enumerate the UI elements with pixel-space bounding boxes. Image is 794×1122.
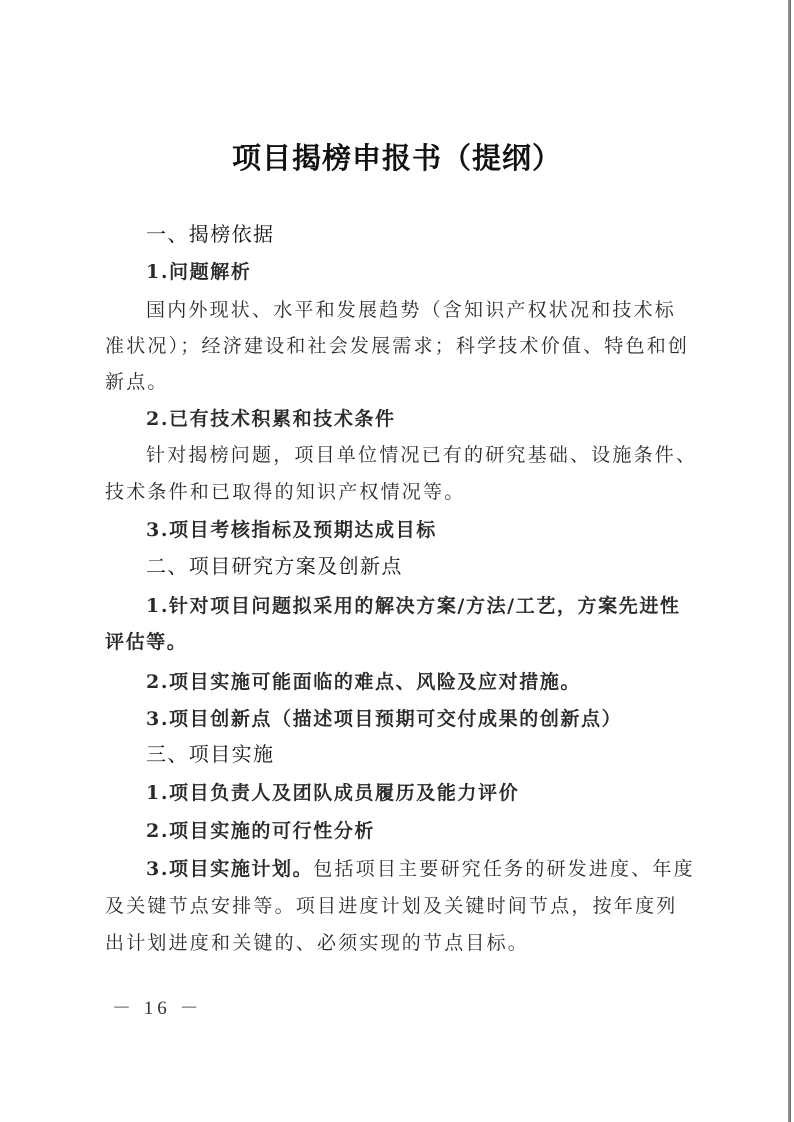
implementation-plan-line-1: 3.项目实施计划。包括项目主要研究任务的研发进度、年度 [146, 857, 695, 881]
implementation-plan-line-2: 及关键节点安排等。项目进度计划及关键时间节点，按年度列 [105, 894, 677, 918]
page-number: － 16 － [112, 993, 203, 1020]
document-page: 项目揭榜申报书（提纲） 一、揭榜依据 1.问题解析 国内外现状、水平和发展趋势（… [0, 0, 794, 1122]
item-innovation-points: 3.项目创新点（描述项目预期可交付成果的创新点） [146, 707, 622, 731]
problem-analysis-line-2: 准状况）；经济建设和社会发展需求；科学技术价值、特色和创 [105, 334, 689, 358]
existing-tech-line-1: 针对揭榜问题，项目单位情况已有的研究基础、设施条件、 [146, 443, 697, 467]
item-implementation-plan: 3.项目实施计划。 [146, 858, 313, 880]
problem-analysis-line-1: 国内外现状、水平和发展趋势（含知识产权状况和技术标 [146, 298, 676, 322]
item-solution-line-1: 1.针对项目问题拟采用的解决方案/方法/工艺，方案先进性 [146, 594, 681, 618]
implementation-plan-line-3: 出计划进度和关键的、必须实现的节点目标。 [105, 931, 529, 955]
item-existing-tech: 2.已有技术积累和技术条件 [146, 407, 396, 431]
item-feasibility: 2.项目实施的可行性分析 [146, 819, 375, 843]
implementation-plan-text-1: 包括项目主要研究任务的研发进度、年度 [313, 858, 695, 880]
problem-analysis-line-3: 新点。 [105, 370, 169, 394]
document-title: 项目揭榜申报书（提纲） [0, 136, 794, 177]
item-problem-analysis: 1.问题解析 [146, 260, 251, 284]
section-heading-implementation: 三、项目实施 [146, 742, 274, 766]
existing-tech-line-2: 技术条件和已取得的知识产权情况等。 [105, 480, 465, 504]
item-solution-line-2: 评估等。 [105, 630, 187, 654]
section-heading-research-plan: 二、项目研究方案及创新点 [146, 554, 403, 578]
section-heading-basis: 一、揭榜依据 [146, 222, 274, 246]
item-assessment-targets: 3.项目考核指标及预期达成目标 [146, 518, 437, 542]
item-difficulties-risks: 2.项目实施可能面临的难点、风险及应对措施。 [146, 670, 581, 694]
item-team-resume: 1.项目负责人及团队成员履历及能力评价 [146, 781, 519, 805]
